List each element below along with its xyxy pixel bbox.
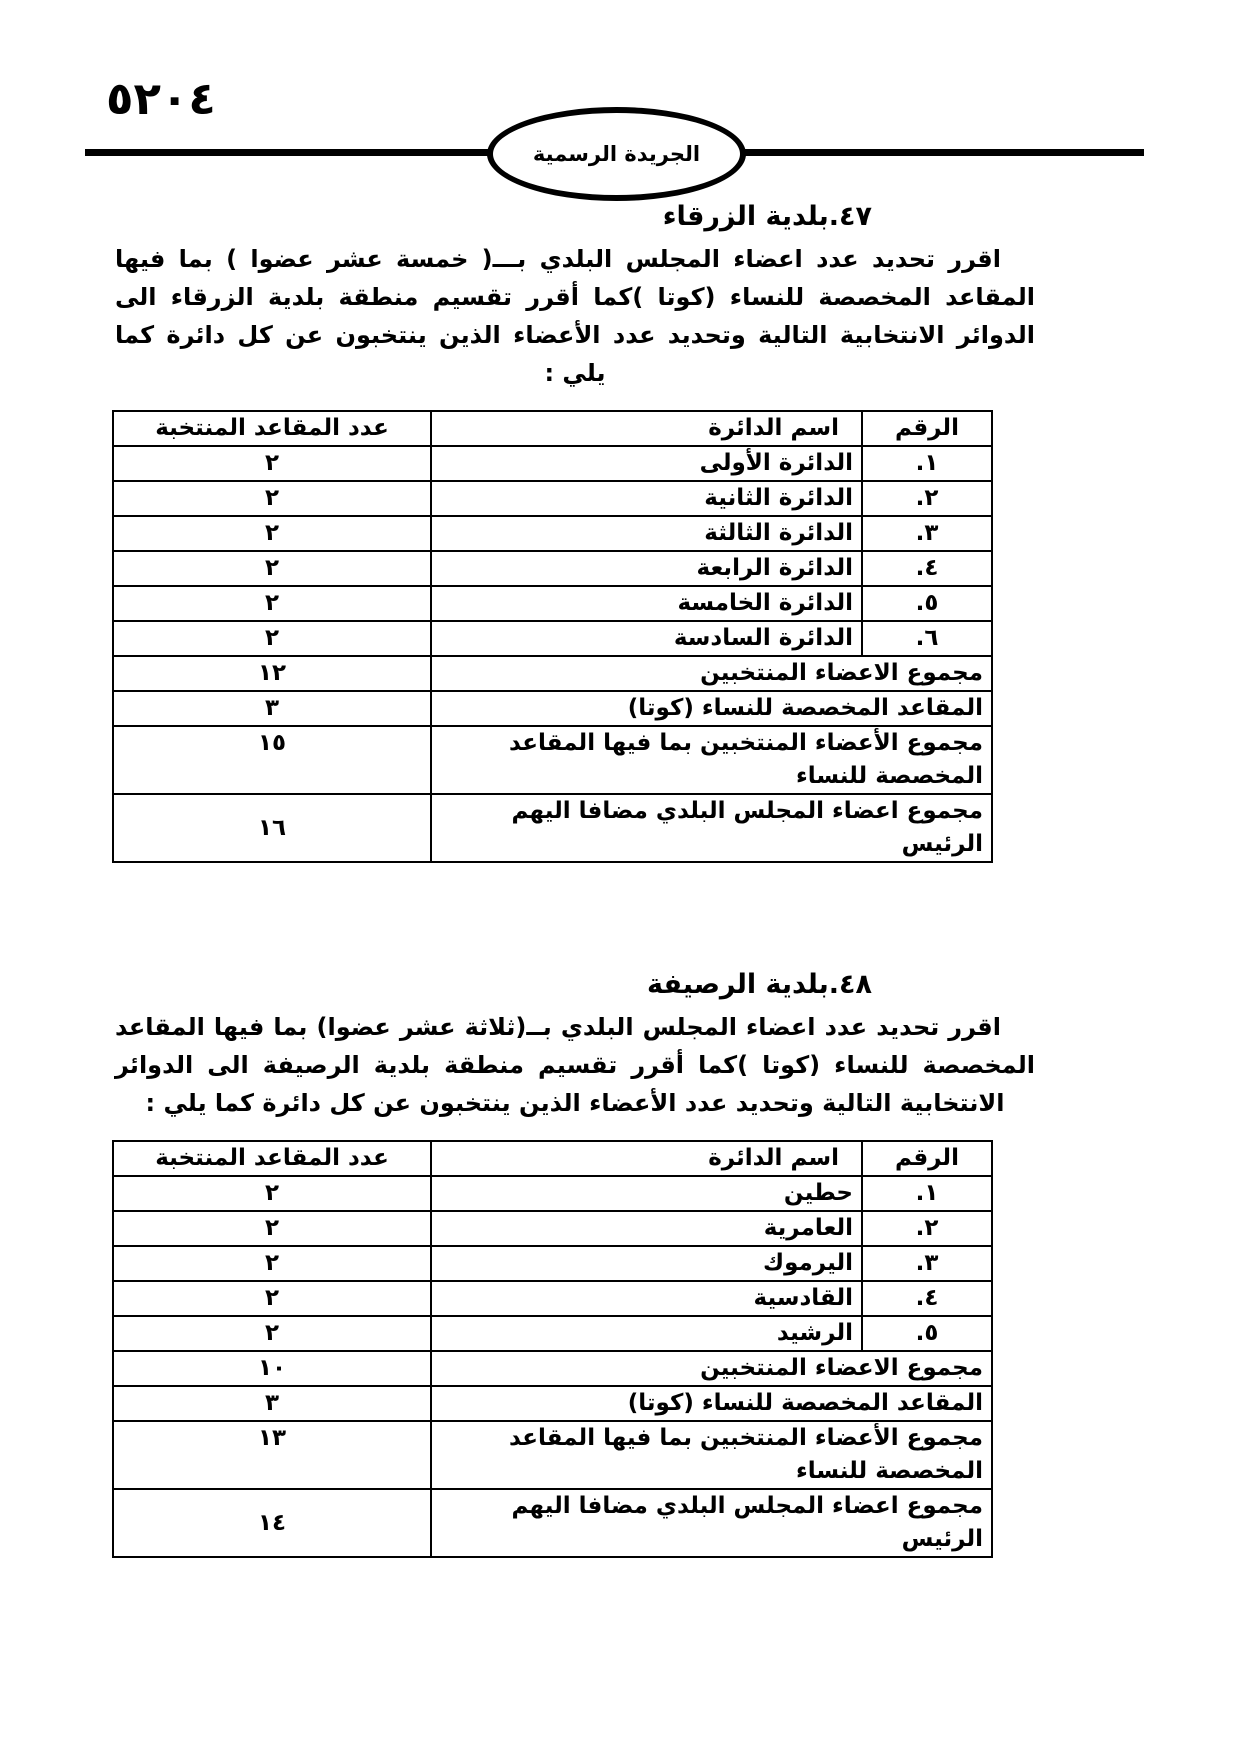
section-paragraph: اقرر تحديد عدد اعضاء المجلس البلدي بـــ(… — [115, 240, 1035, 392]
col-district-name-header: اسم الدائرة — [431, 1141, 862, 1176]
table-row: ٢. الدائرة الثانية ٢ — [113, 481, 992, 516]
table-row: ١. حطين ٢ — [113, 1176, 992, 1211]
table-header-row: الرقم اسم الدائرة عدد المقاعد المنتخبة — [113, 1141, 992, 1176]
cell-seats-count: ٢ — [113, 481, 431, 516]
summary-row: مجموع الاعضاء المنتخبين ١٢ — [113, 656, 992, 691]
cell-district-name: الدائرة الرابعة — [431, 551, 862, 586]
cell-district-number: ٥. — [862, 586, 992, 621]
cell-district-number: ٦. — [862, 621, 992, 656]
cell-seats-count: ٢ — [113, 551, 431, 586]
summary-value: ١٣ — [113, 1421, 431, 1489]
cell-seats-count: ٢ — [113, 1316, 431, 1351]
col-seats-header: عدد المقاعد المنتخبة — [113, 1141, 431, 1176]
table-row: ١. الدائرة الأولى ٢ — [113, 446, 992, 481]
summary-value: ١٦ — [113, 794, 431, 862]
cell-district-number: ٤. — [862, 551, 992, 586]
cell-seats-count: ٢ — [113, 1246, 431, 1281]
table-row: ٤. القادسية ٢ — [113, 1281, 992, 1316]
table-row: ٣. اليرموك ٢ — [113, 1246, 992, 1281]
cell-district-name: الدائرة الثالثة — [431, 516, 862, 551]
col-district-name-header: اسم الدائرة — [431, 411, 862, 446]
cell-district-name: القادسية — [431, 1281, 862, 1316]
cell-district-number: ١. — [862, 446, 992, 481]
cell-seats-count: ٢ — [113, 1211, 431, 1246]
summary-value: ١٢ — [113, 656, 431, 691]
cell-district-number: ٣. — [862, 516, 992, 551]
summary-value: ٣ — [113, 1386, 431, 1421]
cell-district-number: ٥. — [862, 1316, 992, 1351]
cell-district-number: ٢. — [862, 481, 992, 516]
cell-district-number: ٣. — [862, 1246, 992, 1281]
table-row: ٤. الدائرة الرابعة ٢ — [113, 551, 992, 586]
summary-label: المقاعد المخصصة للنساء (كوتا) — [431, 691, 992, 726]
col-number-header: الرقم — [862, 411, 992, 446]
page-content: ٤٧.بلدية الزرقاء اقرر تحديد عدد اعضاء ال… — [115, 198, 1035, 1558]
summary-label: مجموع الأعضاء المنتخبين بما فيها المقاعد… — [431, 1421, 992, 1489]
cell-district-number: ٤. — [862, 1281, 992, 1316]
table-row: ٥. الدائرة الخامسة ٢ — [113, 586, 992, 621]
summary-row: المقاعد المخصصة للنساء (كوتا) ٣ — [113, 691, 992, 726]
summary-row: مجموع اعضاء المجلس البلدي مضافا اليهم ال… — [113, 794, 992, 862]
summary-row: مجموع الأعضاء المنتخبين بما فيها المقاعد… — [113, 1421, 992, 1489]
cell-district-name: الدائرة الخامسة — [431, 586, 862, 621]
cell-district-name: الرشيد — [431, 1316, 862, 1351]
cell-seats-count: ٢ — [113, 621, 431, 656]
table-row: ٣. الدائرة الثالثة ٢ — [113, 516, 992, 551]
banner-title: الجريدة الرسمية — [533, 142, 700, 166]
section-rusaifa: ٤٨.بلدية الرصيفة اقرر تحديد عدد اعضاء ال… — [115, 966, 1035, 1558]
summary-value: ١٠ — [113, 1351, 431, 1386]
summary-row: مجموع اعضاء المجلس البلدي مضافا اليهم ال… — [113, 1489, 992, 1557]
cell-district-number: ٢. — [862, 1211, 992, 1246]
rusaifa-districts-table: الرقم اسم الدائرة عدد المقاعد المنتخبة ١… — [112, 1140, 993, 1558]
cell-district-name: الدائرة الثانية — [431, 481, 862, 516]
summary-row: مجموع الأعضاء المنتخبين بما فيها المقاعد… — [113, 726, 992, 794]
section-paragraph: اقرر تحديد عدد اعضاء المجلس البلدي بــ(ث… — [115, 1008, 1035, 1122]
summary-label: مجموع الاعضاء المنتخبين — [431, 1351, 992, 1386]
summary-row: المقاعد المخصصة للنساء (كوتا) ٣ — [113, 1386, 992, 1421]
cell-district-number: ١. — [862, 1176, 992, 1211]
summary-row: مجموع الاعضاء المنتخبين ١٠ — [113, 1351, 992, 1386]
cell-district-name: حطين — [431, 1176, 862, 1211]
gazette-page: ٥٢٠٤ الجريدة الرسمية ٤٧.بلدية الزرقاء اق… — [0, 0, 1241, 1755]
summary-label: مجموع الأعضاء المنتخبين بما فيها المقاعد… — [431, 726, 992, 794]
zarqa-districts-table: الرقم اسم الدائرة عدد المقاعد المنتخبة ١… — [112, 410, 993, 863]
table-row: ٦. الدائرة السادسة ٢ — [113, 621, 992, 656]
table-row: ٥. الرشيد ٢ — [113, 1316, 992, 1351]
summary-label: مجموع الاعضاء المنتخبين — [431, 656, 992, 691]
section-zarqa: ٤٧.بلدية الزرقاء اقرر تحديد عدد اعضاء ال… — [115, 198, 1035, 863]
cell-district-name: اليرموك — [431, 1246, 862, 1281]
cell-seats-count: ٢ — [113, 446, 431, 481]
cell-district-name: الدائرة الأولى — [431, 446, 862, 481]
summary-value: ١٤ — [113, 1489, 431, 1557]
cell-seats-count: ٢ — [113, 1176, 431, 1211]
cell-district-name: الدائرة السادسة — [431, 621, 862, 656]
col-seats-header: عدد المقاعد المنتخبة — [113, 411, 431, 446]
summary-value: ١٥ — [113, 726, 431, 794]
cell-seats-count: ٢ — [113, 586, 431, 621]
table-header-row: الرقم اسم الدائرة عدد المقاعد المنتخبة — [113, 411, 992, 446]
col-number-header: الرقم — [862, 1141, 992, 1176]
official-gazette-banner: الجريدة الرسمية — [487, 107, 746, 201]
section-title: ٤٧.بلدية الزرقاء — [115, 198, 872, 236]
summary-value: ٣ — [113, 691, 431, 726]
cell-seats-count: ٢ — [113, 1281, 431, 1316]
page-number: ٥٢٠٤ — [106, 72, 216, 125]
summary-label: المقاعد المخصصة للنساء (كوتا) — [431, 1386, 992, 1421]
summary-label: مجموع اعضاء المجلس البلدي مضافا اليهم ال… — [431, 794, 992, 862]
section-title: ٤٨.بلدية الرصيفة — [115, 966, 872, 1004]
summary-label: مجموع اعضاء المجلس البلدي مضافا اليهم ال… — [431, 1489, 992, 1557]
table-row: ٢. العامرية ٢ — [113, 1211, 992, 1246]
cell-district-name: العامرية — [431, 1211, 862, 1246]
cell-seats-count: ٢ — [113, 516, 431, 551]
